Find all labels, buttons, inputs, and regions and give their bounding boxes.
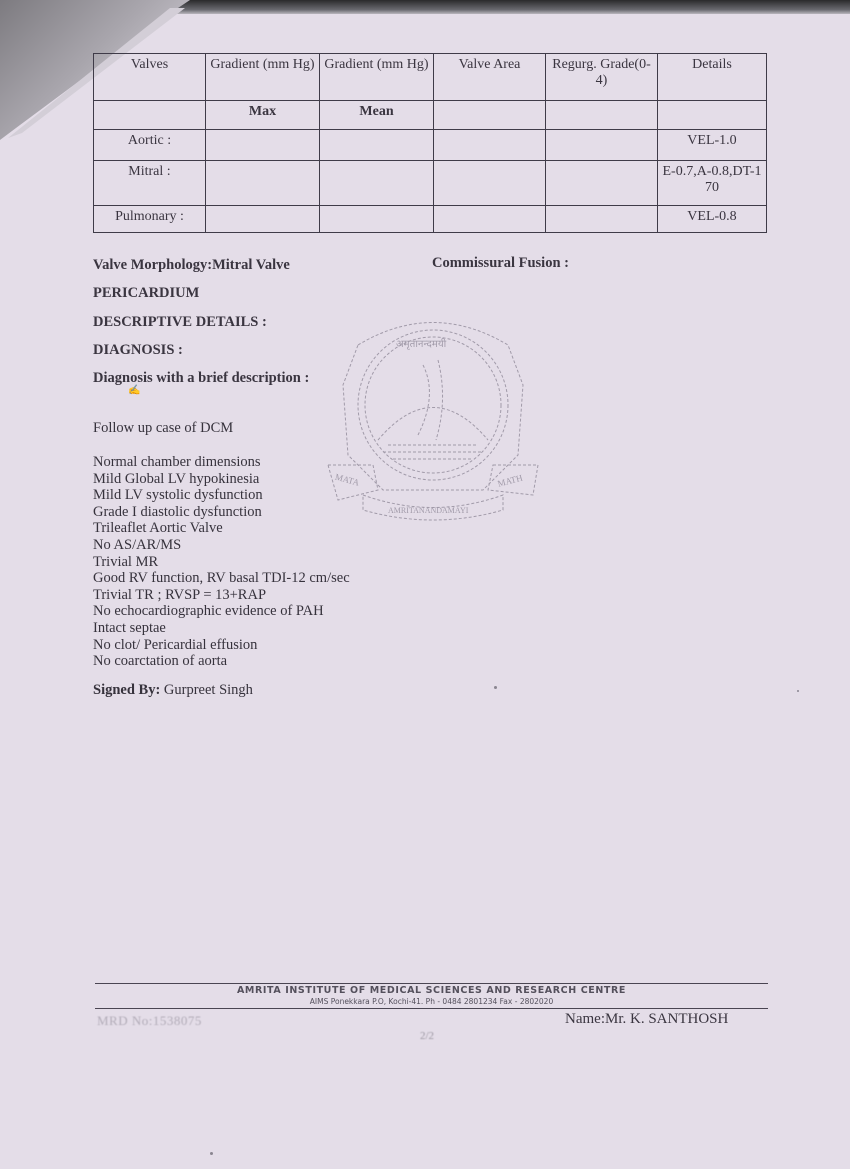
header-valves: Valves <box>94 54 206 101</box>
finding-item: No coarctation of aorta <box>93 653 350 670</box>
page-number: 2/2 <box>420 1030 434 1042</box>
patient-name: Name:Mr. K. SANTHOSH <box>565 1011 728 1028</box>
header-regurg: Regurg. Grade(0-4) <box>546 54 658 101</box>
finding-item: Normal chamber dimensions <box>93 454 350 471</box>
diagnosis-brief-heading: Diagnosis with a brief description : <box>93 370 309 387</box>
details: VEL-0.8 <box>658 206 767 233</box>
finding-item: No AS/AR/MS <box>93 537 350 554</box>
mean-gradient <box>320 130 434 161</box>
diagnosis-intro: Follow up case of DCM <box>93 420 233 437</box>
subheader-mean: Mean <box>320 101 434 130</box>
descriptive-details-heading: DESCRIPTIVE DETAILS : <box>93 314 267 331</box>
subheader-cell <box>94 101 206 130</box>
table-header-row: Valves Gradient (mm Hg) Gradient (mm Hg)… <box>94 54 767 101</box>
valve-name: Aortic : <box>94 130 206 161</box>
footer-address: AIMS Ponekkara P.O, Kochi-41. Ph - 0484 … <box>95 997 768 1006</box>
valves-table: Valves Gradient (mm Hg) Gradient (mm Hg)… <box>93 53 767 233</box>
svg-text:AMRITANANDAMAYI: AMRITANANDAMAYI <box>388 506 469 515</box>
speck <box>210 1152 213 1155</box>
footer-rule-bottom <box>95 1008 768 1009</box>
findings-list: Normal chamber dimensions Mild Global LV… <box>93 454 350 670</box>
finding-item: Intact septae <box>93 620 350 637</box>
pen-mark: ✍ <box>128 385 140 396</box>
finding-item: Grade I diastolic dysfunction <box>93 504 350 521</box>
footer-rule-top <box>95 983 768 984</box>
valve-name: Mitral : <box>94 161 206 206</box>
signer-name: Gurpreet Singh <box>164 682 253 698</box>
max-gradient <box>206 206 320 233</box>
header-valve-area: Valve Area <box>434 54 546 101</box>
mrd-number: MRD No:1538075 <box>97 1013 202 1029</box>
finding-item: No clot/ Pericardial effusion <box>93 637 350 654</box>
finding-item: Trivial TR ; RVSP = 13+RAP <box>93 587 350 604</box>
speck <box>494 686 497 689</box>
details: VEL-1.0 <box>658 130 767 161</box>
regurg-grade <box>546 206 658 233</box>
table-row: Mitral : E-0.7,A-0.8,DT-170 <box>94 161 767 206</box>
subheader-cell <box>434 101 546 130</box>
valve-area <box>434 206 546 233</box>
finding-item: Good RV function, RV basal TDI-12 cm/sec <box>93 570 350 587</box>
header-gradient-max: Gradient (mm Hg) <box>206 54 320 101</box>
speck <box>797 690 799 692</box>
details: E-0.7,A-0.8,DT-170 <box>658 161 767 206</box>
max-gradient <box>206 161 320 206</box>
diagnosis-heading: DIAGNOSIS : <box>93 342 183 359</box>
finding-item: Mild LV systolic dysfunction <box>93 487 350 504</box>
commissural-fusion-label: Commissural Fusion : <box>432 255 569 272</box>
signature-line: Signed By: Gurpreet Singh <box>93 682 253 699</box>
max-gradient <box>206 130 320 161</box>
valve-morphology-label: Valve Morphology:Mitral Valve <box>93 257 290 274</box>
pericardium-heading: PERICARDIUM <box>93 285 199 302</box>
table-subheader-row: Max Mean <box>94 101 767 130</box>
valve-area <box>434 161 546 206</box>
institution-stamp-emblem: अमृतानन्दमयी MATA MATH AMRITANANDAMAYI <box>318 305 548 530</box>
header-details: Details <box>658 54 767 101</box>
mean-gradient <box>320 206 434 233</box>
footer-institution: AMRITA INSTITUTE OF MEDICAL SCIENCES AND… <box>95 985 768 996</box>
mean-gradient <box>320 161 434 206</box>
svg-text:अमृतानन्दमयी: अमृतानन्दमयी <box>396 338 447 350</box>
finding-item: Mild Global LV hypokinesia <box>93 471 350 488</box>
regurg-grade <box>546 161 658 206</box>
finding-item: No echocardiographic evidence of PAH <box>93 603 350 620</box>
report-page: Valves Gradient (mm Hg) Gradient (mm Hg)… <box>0 0 850 1169</box>
table-row: Aortic : VEL-1.0 <box>94 130 767 161</box>
finding-item: Trivial MR <box>93 554 350 571</box>
table-row: Pulmonary : VEL-0.8 <box>94 206 767 233</box>
subheader-max: Max <box>206 101 320 130</box>
finding-item: Trileaflet Aortic Valve <box>93 520 350 537</box>
valve-name: Pulmonary : <box>94 206 206 233</box>
svg-text:MATH: MATH <box>496 472 524 488</box>
regurg-grade <box>546 130 658 161</box>
header-gradient-mean: Gradient (mm Hg) <box>320 54 434 101</box>
subheader-cell <box>546 101 658 130</box>
subheader-cell <box>658 101 767 130</box>
signed-by-label: Signed By: <box>93 682 160 698</box>
valve-area <box>434 130 546 161</box>
